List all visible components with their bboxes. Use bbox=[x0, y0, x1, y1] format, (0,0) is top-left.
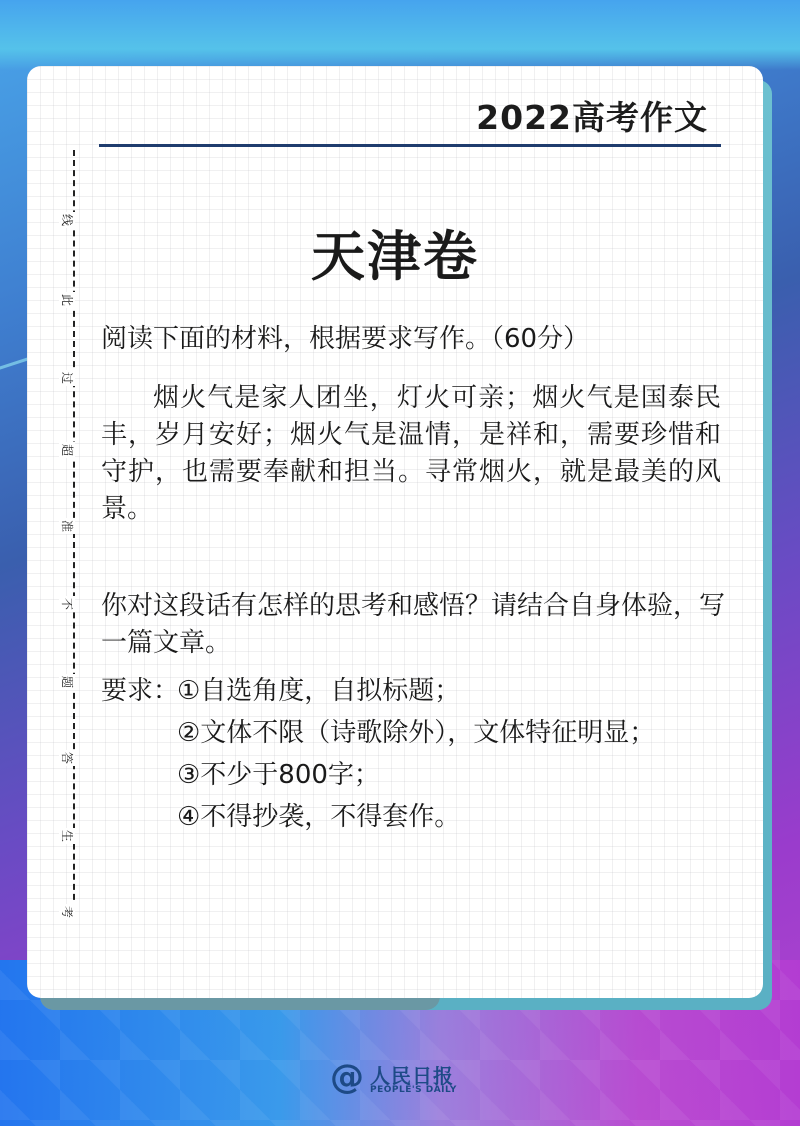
requirement-item: ③不少于800字； bbox=[177, 754, 380, 791]
header-title: 2022高考作文 bbox=[476, 92, 708, 139]
binding-char: 不 bbox=[59, 596, 75, 612]
requirement-item: ④不得抄袭，不得套作。 bbox=[177, 796, 460, 833]
binding-char: 过 bbox=[59, 370, 75, 386]
requirement-item: ①自选角度，自拟标题； bbox=[177, 670, 460, 707]
binding-char: 考 bbox=[59, 904, 75, 920]
exam-paper-card: 2022高考作文 线 此 过 超 准 不 题 答 生 考 天津卷 阅读下面的材料… bbox=[27, 66, 763, 998]
binding-char: 题 bbox=[59, 674, 75, 690]
binding-char: 生 bbox=[59, 828, 75, 844]
peoples-daily-logo: @ 人民日报 PEOPLE'S DAILY bbox=[330, 1058, 480, 1102]
paper-title: 天津卷 bbox=[27, 214, 763, 291]
question-text: 你对这段话有怎样的思考和感悟？请结合自身体验，写一篇文章。 bbox=[101, 588, 726, 662]
header-divider bbox=[99, 144, 721, 147]
binding-char: 准 bbox=[59, 518, 75, 534]
binding-char: 此 bbox=[59, 292, 75, 308]
instruction-text: 阅读下面的材料，根据要求写作。（60分） bbox=[101, 318, 589, 355]
at-signal-icon: @ bbox=[330, 1058, 364, 1096]
requirements-label: 要求： bbox=[101, 670, 179, 707]
requirement-item: ②文体不限（诗歌除外），文体特征明显； bbox=[177, 712, 655, 749]
binding-char: 答 bbox=[59, 750, 75, 766]
material-paragraph: 烟火气是家人团坐，灯火可亲；烟火气是国泰民丰，岁月安好；烟火气是温情，是祥和，需… bbox=[101, 380, 721, 528]
binding-char: 超 bbox=[59, 442, 75, 458]
background-top-gradient bbox=[0, 0, 800, 70]
logo-english-text: PEOPLE'S DAILY bbox=[370, 1085, 457, 1095]
